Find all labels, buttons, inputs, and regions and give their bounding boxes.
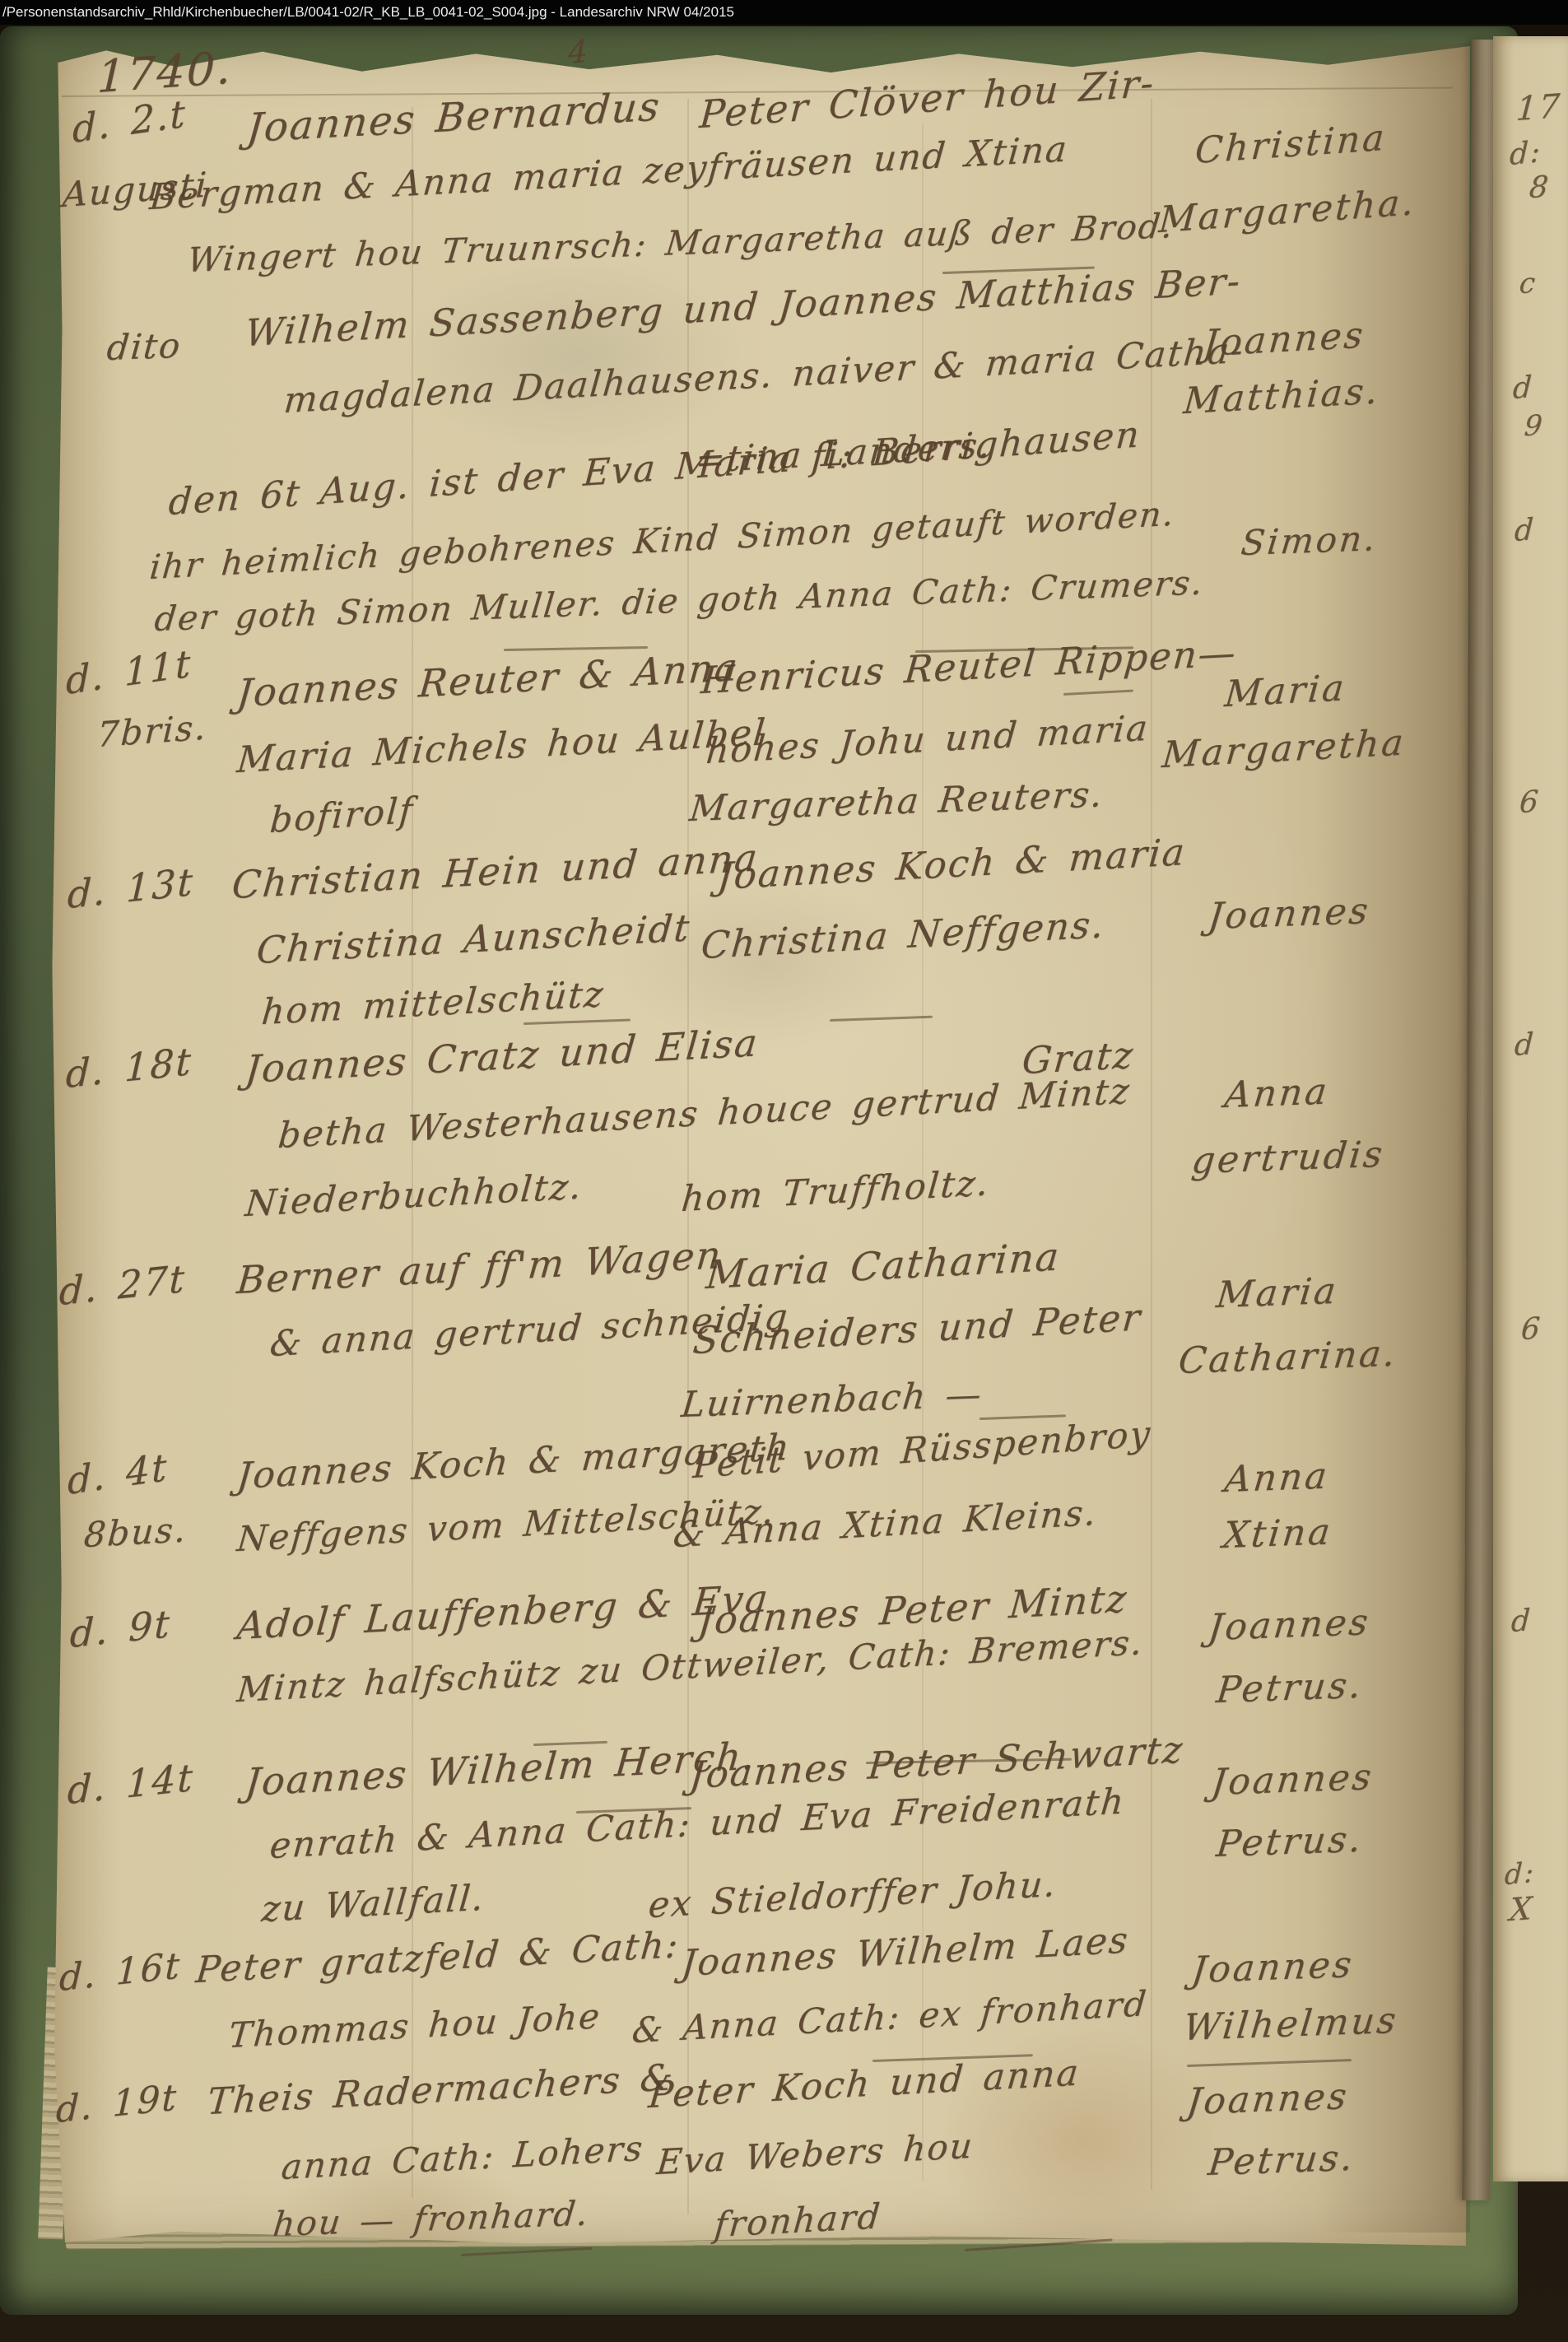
child-name: Maria bbox=[1223, 667, 1348, 715]
child-name: Joannes bbox=[1184, 2075, 1351, 2123]
facing-page-fragment: d bbox=[1514, 513, 1536, 549]
screenshot-stage: /Personenstandsarchiv_Rhld/Kirchenbueche… bbox=[0, 0, 1568, 2342]
child-name: Joannes bbox=[1209, 1756, 1375, 1804]
facing-page-fragment: X bbox=[1508, 1890, 1534, 1928]
child-name: Joannes bbox=[1206, 1601, 1372, 1649]
facing-page-fragment: d bbox=[1510, 1604, 1533, 1640]
child-name: Joannes bbox=[1202, 314, 1367, 366]
child-name: Anna bbox=[1222, 1070, 1331, 1116]
facing-page-fragment: d bbox=[1512, 370, 1534, 407]
facing-page-fragment: d: bbox=[1504, 1856, 1536, 1893]
child-name: Xtina bbox=[1221, 1511, 1334, 1557]
child-name: Maria bbox=[1214, 1270, 1340, 1316]
facing-page-fragment: d: bbox=[1509, 135, 1542, 172]
entry-date: 7bris. bbox=[96, 707, 208, 756]
child-name: Petrus. bbox=[1206, 2137, 1357, 2184]
child-name: Catharina. bbox=[1176, 1333, 1399, 1382]
facing-page-fragment: 6 bbox=[1520, 1311, 1543, 1347]
entry-date: dito bbox=[105, 325, 184, 368]
child-name: Anna bbox=[1222, 1455, 1331, 1501]
entry-date: 8bus. bbox=[82, 1509, 188, 1555]
facing-page-fragment: 8 bbox=[1528, 170, 1551, 206]
child-name: Petrus. bbox=[1214, 1665, 1366, 1711]
file-path-text: /Personenstandsarchiv_Rhld/Kirchenbueche… bbox=[0, 4, 734, 21]
header-bar: /Personenstandsarchiv_Rhld/Kirchenbueche… bbox=[0, 0, 1568, 25]
child-name: Petrus. bbox=[1214, 1818, 1366, 1865]
child-name: Joannes bbox=[1189, 1944, 1356, 1991]
facing-page-fragment: 9 bbox=[1523, 409, 1545, 443]
facing-page-fragment: 6 bbox=[1519, 785, 1542, 820]
child-name: Simon. bbox=[1239, 518, 1380, 563]
facing-page-fragment: 17 bbox=[1514, 87, 1562, 128]
column-rule bbox=[1151, 99, 1152, 2190]
facing-page-fragment: c bbox=[1518, 267, 1538, 300]
child-name: gertrudis bbox=[1189, 1134, 1386, 1182]
page-number: 4 bbox=[568, 32, 589, 71]
child-name: Joannes bbox=[1206, 890, 1372, 938]
child-name: Wilhelmus bbox=[1181, 2000, 1400, 2049]
facing-page-fragment: d bbox=[1514, 1027, 1536, 1064]
